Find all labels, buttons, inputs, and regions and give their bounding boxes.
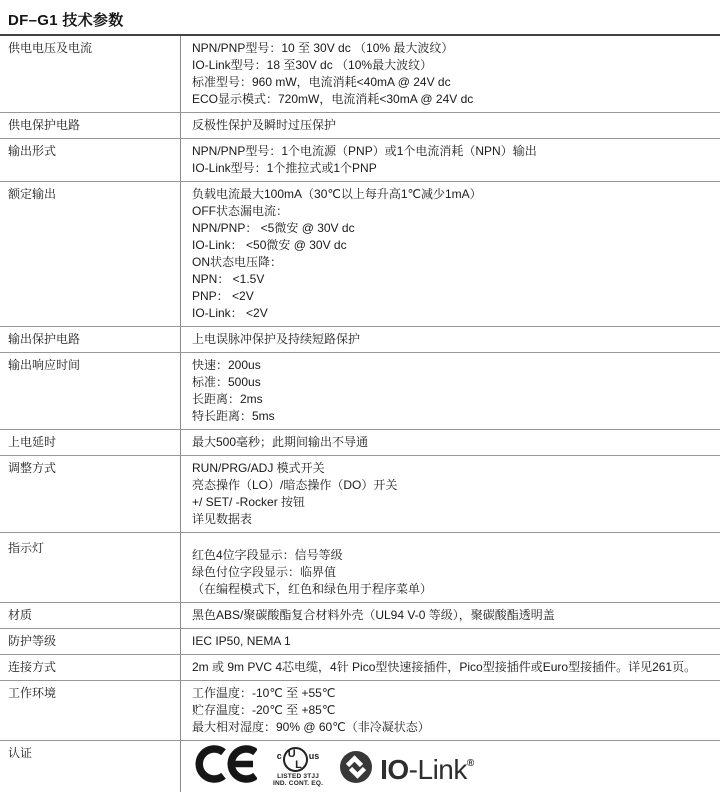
spec-line: 黑色ABS/聚碳酸酯复合材料外壳（UL94 V-0 等级），聚碳酸酯透明盖 <box>192 607 712 624</box>
spec-value: 最大500毫秒；此期间输出不导通 <box>181 430 720 455</box>
spec-line: 长距离：2ms <box>192 391 712 408</box>
spec-line: NPN/PNP型号：10 至 30V dc （10% 最大波纹） <box>192 40 712 57</box>
io-link-logo: IO-Link® <box>339 749 474 785</box>
spec-line: +/ SET/ -Rocker 按钮 <box>192 494 712 511</box>
spec-line: 反极性保护及瞬时过压保护 <box>192 117 712 134</box>
page-title: DF–G1 技术参数 <box>0 0 720 34</box>
spec-label: 指示灯 <box>0 533 181 602</box>
spec-line: 绿色付位字段显示：临界值 <box>192 564 712 581</box>
spec-value: 快速：200us标准：500us长距离：2ms特长距离：5ms <box>181 353 720 429</box>
spec-line: 负载电流最大100mA（30℃以上每升高1℃减少1mA） <box>192 186 712 203</box>
ul-suffix: us <box>309 752 320 761</box>
spec-line: PNP： <2V <box>192 288 712 305</box>
ul-category-text: IND. CONT. EQ. <box>273 780 323 787</box>
io-link-icon <box>339 750 373 784</box>
spec-line: （在编程模式下，红色和绿色用于程序菜单） <box>192 581 712 598</box>
ce-mark-icon <box>195 744 257 789</box>
spec-line: 2m 或 9m PVC 4芯电缆，4针 Pico型快速接插件，Pico型接插件或… <box>192 659 712 676</box>
spec-row: 连接方式2m 或 9m PVC 4芯电缆，4针 Pico型快速接插件，Pico型… <box>0 655 720 681</box>
registered-trademark-symbol: ® <box>467 758 474 769</box>
spec-label: 防护等级 <box>0 629 181 654</box>
spec-row: 防护等级IEC IP50, NEMA 1 <box>0 629 720 655</box>
ul-letter-l: L <box>295 760 302 771</box>
io-link-text-io: IO <box>380 754 409 785</box>
spec-line: 标准型号：960 mW，电流消耗<40mA @ 24V dc <box>192 74 712 91</box>
spec-row: 工作环境工作温度：-10℃ 至 +55℃贮存温度：-20℃ 至 +85℃最大相对… <box>0 681 720 741</box>
spec-line: RUN/PRG/ADJ 模式开关 <box>192 460 712 477</box>
spec-line: NPN/PNP型号：1个电流源（PNP）或1个电流消耗（NPN）输出 <box>192 143 712 160</box>
spec-line: 亮态操作（LO）/暗态操作（DO）开关 <box>192 477 712 494</box>
spec-row: 输出响应时间快速：200us标准：500us长距离：2ms特长距离：5ms <box>0 353 720 430</box>
spec-line: IO-Link： <50微安 @ 30V dc <box>192 237 712 254</box>
spec-line: NPN： <1.5V <box>192 271 712 288</box>
spec-value: NPN/PNP型号：1个电流源（PNP）或1个电流消耗（NPN）输出IO-Lin… <box>181 139 720 181</box>
spec-line: 快速：200us <box>192 357 712 374</box>
spec-label: 输出形式 <box>0 139 181 181</box>
spec-line: 最大500毫秒；此期间输出不导通 <box>192 434 712 451</box>
spec-row: 认证cULusLISTED 3TJJIND. CONT. EQ.IO-Link® <box>0 741 720 792</box>
spec-value: 红色4位字段显示：信号等级绿色付位字段显示：临界值（在编程模式下，红色和绿色用于… <box>181 533 720 602</box>
spec-row: 输出保护电路上电误脉冲保护及持续短路保护 <box>0 327 720 353</box>
spec-line: 上电误脉冲保护及持续短路保护 <box>192 331 712 348</box>
spec-label: 输出响应时间 <box>0 353 181 429</box>
spec-line: 特长距离：5ms <box>192 408 712 425</box>
spec-row: 调整方式RUN/PRG/ADJ 模式开关亮态操作（LO）/暗态操作（DO）开关+… <box>0 456 720 533</box>
spec-line: ECO显示模式：720mW，电流消耗<30mA @ 24V dc <box>192 91 712 108</box>
spec-value: 黑色ABS/聚碳酸酯复合材料外壳（UL94 V-0 等级），聚碳酸酯透明盖 <box>181 603 720 628</box>
spec-line: 详见数据表 <box>192 511 712 528</box>
ul-circle: UL <box>283 747 308 772</box>
spec-sheet: DF–G1 技术参数 供电电压及电流NPN/PNP型号：10 至 30V dc … <box>0 0 720 792</box>
spec-label: 输出保护电路 <box>0 327 181 352</box>
spec-line: IO-Link型号：18 至30V dc （10%最大波纹） <box>192 57 712 74</box>
spec-row: 输出形式NPN/PNP型号：1个电流源（PNP）或1个电流消耗（NPN）输出IO… <box>0 139 720 182</box>
spec-row: 供电电压及电流NPN/PNP型号：10 至 30V dc （10% 最大波纹）I… <box>0 36 720 113</box>
spec-table: 供电电压及电流NPN/PNP型号：10 至 30V dc （10% 最大波纹）I… <box>0 34 720 792</box>
spec-label: 连接方式 <box>0 655 181 680</box>
ul-top: cULus <box>277 747 320 772</box>
spec-line: 最大相对湿度：90% @ 60℃（非冷凝状态） <box>192 719 712 736</box>
spec-label: 供电保护电路 <box>0 113 181 138</box>
ul-listed-icon: cULusLISTED 3TJJIND. CONT. EQ. <box>273 747 323 787</box>
spec-line: IO-Link型号：1个推拉式或1个PNP <box>192 160 712 177</box>
spec-row: 额定输出负载电流最大100mA（30℃以上每升高1℃减少1mA）OFF状态漏电流… <box>0 182 720 327</box>
spec-value: IEC IP50, NEMA 1 <box>181 629 720 654</box>
spec-value: 负载电流最大100mA（30℃以上每升高1℃减少1mA）OFF状态漏电流：NPN… <box>181 182 720 326</box>
spec-value: 工作温度：-10℃ 至 +55℃贮存温度：-20℃ 至 +85℃最大相对湿度：9… <box>181 681 720 740</box>
spec-value: 上电误脉冲保护及持续短路保护 <box>181 327 720 352</box>
ul-prefix: c <box>277 752 282 761</box>
io-link-logo-text: IO-Link® <box>380 749 474 785</box>
spec-value: 反极性保护及瞬时过压保护 <box>181 113 720 138</box>
spec-label: 供电电压及电流 <box>0 36 181 112</box>
certification-logos: cULusLISTED 3TJJIND. CONT. EQ.IO-Link® <box>181 741 720 792</box>
spec-value: NPN/PNP型号：10 至 30V dc （10% 最大波纹）IO-Link型… <box>181 36 720 112</box>
spec-line: 红色4位字段显示：信号等级 <box>192 547 712 564</box>
ul-letter-u: U <box>288 749 296 760</box>
spec-line: 标准：500us <box>192 374 712 391</box>
spec-label: 上电延时 <box>0 430 181 455</box>
spec-line: IEC IP50, NEMA 1 <box>192 633 712 650</box>
spec-value: 2m 或 9m PVC 4芯电缆，4针 Pico型快速接插件，Pico型接插件或… <box>181 655 720 680</box>
spec-value: RUN/PRG/ADJ 模式开关亮态操作（LO）/暗态操作（DO）开关+/ SE… <box>181 456 720 532</box>
spec-line: 贮存温度：-20℃ 至 +85℃ <box>192 702 712 719</box>
spec-row: 材质黑色ABS/聚碳酸酯复合材料外壳（UL94 V-0 等级），聚碳酸酯透明盖 <box>0 603 720 629</box>
spec-line: ON状态电压降： <box>192 254 712 271</box>
spec-label: 额定输出 <box>0 182 181 326</box>
spec-row: 供电保护电路反极性保护及瞬时过压保护 <box>0 113 720 139</box>
spec-row: 指示灯红色4位字段显示：信号等级绿色付位字段显示：临界值（在编程模式下，红色和绿… <box>0 533 720 603</box>
spec-line: 工作温度：-10℃ 至 +55℃ <box>192 685 712 702</box>
spec-label: 材质 <box>0 603 181 628</box>
io-link-text-link: -Link <box>409 754 467 785</box>
spec-line: OFF状态漏电流： <box>192 203 712 220</box>
ul-listed-text: LISTED 3TJJ <box>277 773 319 780</box>
spec-label: 工作环境 <box>0 681 181 740</box>
spec-label: 调整方式 <box>0 456 181 532</box>
spec-line: IO-Link： <2V <box>192 305 712 322</box>
spec-line: NPN/PNP： <5微安 @ 30V dc <box>192 220 712 237</box>
spec-label: 认证 <box>0 741 181 792</box>
spec-row: 上电延时最大500毫秒；此期间输出不导通 <box>0 430 720 456</box>
